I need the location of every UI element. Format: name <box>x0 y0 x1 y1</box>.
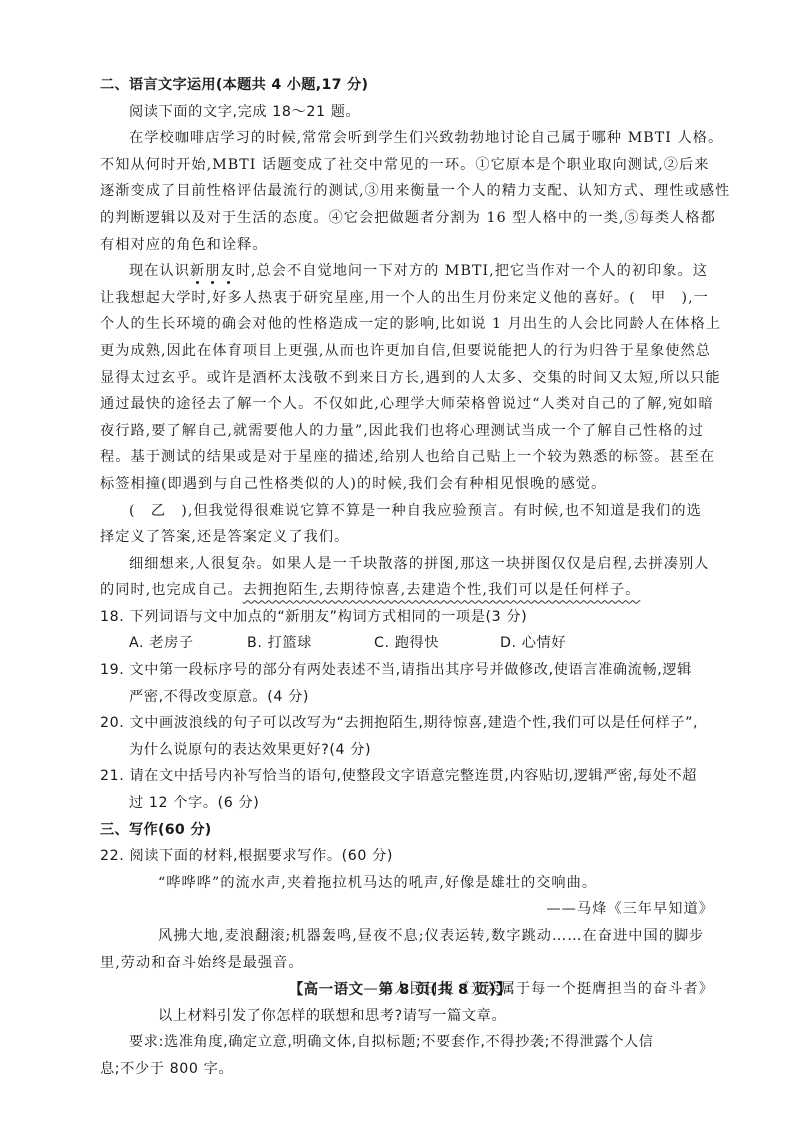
question-stem: 20. 文中画波浪线的句子可以改写为“去拥抱陌生,期待惊喜,建造个性,我们可以是… <box>100 710 720 737</box>
passage-paragraph-1: 在学校咖啡店学习的时候,常常会听到学生们兴致勃勃地讨论自己属于哪种 MBTI 人… <box>100 125 720 258</box>
wavy-underlined-sentence: 去拥抱陌生,去期待惊喜,去建造个性,我们可以是任何样子。 <box>243 582 641 598</box>
passage-text: 现在认识 <box>129 263 190 279</box>
passage-line: 的判断逻辑以及对于生活的态度。④它会把做题者分割为 16 型人格中的一类,⑤每类… <box>100 205 720 232</box>
material-quote-2-cont: 里,劳动和奋斗始终是最强音。 <box>100 950 720 977</box>
question-stem: 19. 文中第一段标序号的部分有两处表述不当,请指出其序号并做修改,使语言准确流… <box>100 657 720 684</box>
passage-paragraph-3: ( 乙 ),但我觉得很难说它算不算是一种自我应验预言。有时候,也不知道是我们的选… <box>100 498 720 551</box>
exam-page: 二、语言文字运用(本题共 4 小题,17 分) 阅读下面的文字,完成 18～21… <box>100 72 720 1083</box>
passage-line: 择定义了答案,还是答案定义了我们。 <box>100 524 720 551</box>
passage-line: 现在认识新朋友时,总会不自觉地问一下对方的 MBTI,把它当作对一个人的初印象。… <box>100 258 720 285</box>
passage-line: 逐渐变成了目前性格评估最流行的测试,③用来衡量一个人的精力支配、认知方式、理性或… <box>100 178 720 205</box>
passage-line: 程。基于测试的结果或是对于星座的描述,给别人也给自己贴上一个较为熟悉的标签。甚至… <box>100 444 720 471</box>
writing-prompt: 以上材料引发了你怎样的联想和思考?请写一篇文章。 <box>100 1003 720 1030</box>
passage-line: 通过最快的途径去了解一个人。不仅如此,心理学大师荣格曾说过“人类对自己的了解,宛… <box>100 391 720 418</box>
dotted-char: 友 <box>220 263 235 279</box>
passage-paragraph-2: 现在认识新朋友时,总会不自觉地问一下对方的 MBTI,把它当作对一个人的初印象。… <box>100 258 720 497</box>
passage-line: 有相对应的角色和诠释。 <box>100 232 720 259</box>
question-stem-cont: 严密,不得改变原意。(4 分) <box>100 684 720 711</box>
passage-line: 标签相撞(即遇到与自己性格类似的人)的时候,我们会有种相见恨晚的感觉。 <box>100 471 720 498</box>
writing-requirements: 要求:选准角度,确定立意,明确文体,自拟标题;不要套作,不得抄袭;不得泄露个人信 <box>100 1029 720 1056</box>
material-quote-2: 风拂大地,麦浪翻滚;机器轰鸣,昼夜不息;仪表运转,数字跳动……在奋进中国的脚步 <box>100 923 720 950</box>
passage-line: ( 乙 ),但我觉得很难说它算不算是一种自我应验预言。有时候,也不知道是我们的选 <box>100 498 720 525</box>
passage-line: 细细想来,人很复杂。如果人是一千块散落的拼图,那这一块拼图仅仅是启程,去拼凑别人 <box>100 551 720 578</box>
question-stem-cont: 过 12 个字。(6 分) <box>100 790 720 817</box>
question-20: 20. 文中画波浪线的句子可以改写为“去拥抱陌生,期待惊喜,建造个性,我们可以是… <box>100 710 720 763</box>
question-stem: 18. 下列词语与文中加点的“新朋友”构词方式相同的一项是(3 分) <box>100 604 720 631</box>
question-stem: 22. 阅读下面的材料,根据要求写作。(60 分) <box>100 843 720 870</box>
passage-line: 的同时,也完成自己。去拥抱陌生,去期待惊喜,去建造个性,我们可以是任何样子。 <box>100 577 720 604</box>
writing-requirements-cont: 息;不少于 800 字。 <box>100 1056 720 1083</box>
section-2-heading: 二、语言文字运用(本题共 4 小题,17 分) <box>100 72 720 99</box>
material-quote-1: “哗哗哗”的流水声,夹着拖拉机马达的吼声,好像是雄壮的交响曲。 <box>100 870 720 897</box>
option-b: B. 打篮球 <box>247 630 374 657</box>
question-22: 22. 阅读下面的材料,根据要求写作。(60 分) “哗哗哗”的流水声,夹着拖拉… <box>100 843 720 1082</box>
passage-line: 不知从何时开始,MBTI 话题变成了社交中常见的一环。①它原本是个职业取向测试,… <box>100 152 720 179</box>
passage-paragraph-4: 细细想来,人很复杂。如果人是一千块散落的拼图,那这一块拼图仅仅是启程,去拼凑别人… <box>100 551 720 604</box>
option-d: D. 心情好 <box>500 630 566 657</box>
passage-text: 的同时,也完成自己。 <box>100 582 243 598</box>
option-c: C. 跑得快 <box>374 630 500 657</box>
section-3-heading: 三、写作(60 分) <box>100 817 720 844</box>
passage-text: 时,总会不自觉地问一下对方的 MBTI,把它当作对一个人的初印象。这 <box>236 263 708 279</box>
question-18: 18. 下列词语与文中加点的“新朋友”构词方式相同的一项是(3 分) A. 老房… <box>100 604 720 657</box>
passage-line: 更为成熟,因此在体育项目上更强,从而也许更加自信,但要说能把人的行为归咎于星象使… <box>100 338 720 365</box>
option-a: A. 老房子 <box>129 630 247 657</box>
reading-instruction: 阅读下面的文字,完成 18～21 题。 <box>100 99 720 126</box>
question-stem-cont: 为什么说原句的表达效果更好?(4 分) <box>100 737 720 764</box>
answer-options: A. 老房子B. 打篮球C. 跑得快D. 心情好 <box>100 630 720 657</box>
passage-line: 在学校咖啡店学习的时候,常常会听到学生们兴致勃勃地讨论自己属于哪种 MBTI 人… <box>100 125 720 152</box>
passage-line: 夜行路,要了解自己,就需要他人的力量”,因此我们也将心理测试当成一个了解自己性格… <box>100 418 720 445</box>
passage-line: 显得太过玄乎。或许是酒杯太浅敬不到来日方长,遇到的人太多、交集的时间又太短,所以… <box>100 365 720 392</box>
question-21: 21. 请在文中括号内补写恰当的语句,使整段文字语意完整连贯,内容贴切,逻辑严密… <box>100 763 720 816</box>
passage-line: 让我想起大学时,好多人热衷于研究星座,用一个人的出生月份来定义他的喜好。( 甲 … <box>100 285 720 312</box>
material-source-1: ——马烽《三年早知道》 <box>100 896 720 923</box>
question-19: 19. 文中第一段标序号的部分有两处表述不当,请指出其序号并做修改,使语言准确流… <box>100 657 720 710</box>
passage-line: 个人的生长环境的确会对他的性格造成一定的影响,比如说 1 月出生的人会比同龄人在… <box>100 311 720 338</box>
question-stem: 21. 请在文中括号内补写恰当的语句,使整段文字语意完整连贯,内容贴切,逻辑严密… <box>100 763 720 790</box>
dotted-char: 新 <box>190 263 205 279</box>
page-footer: 【高一语文 第 8 页(共 8 页)】 <box>0 978 800 999</box>
dotted-char: 朋 <box>205 263 220 279</box>
